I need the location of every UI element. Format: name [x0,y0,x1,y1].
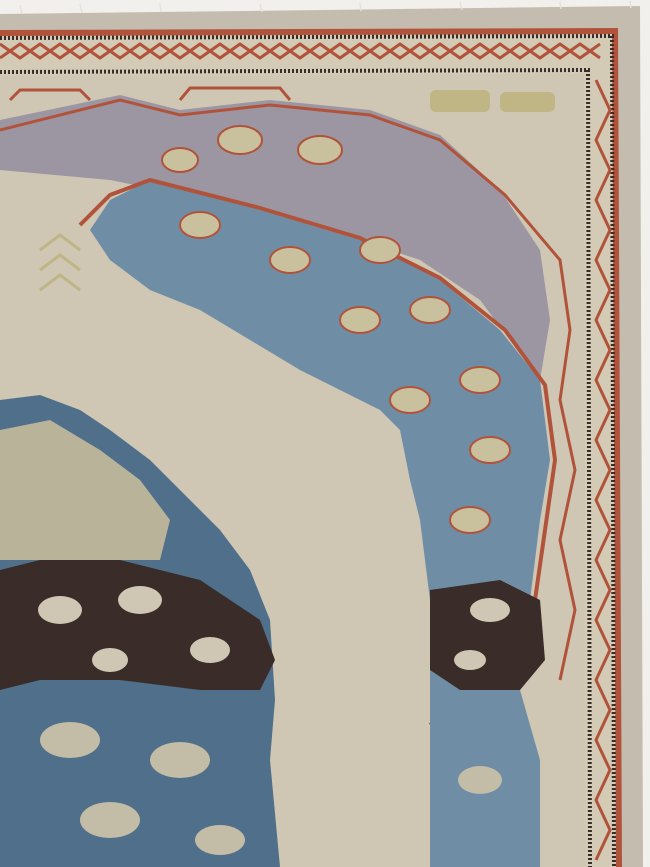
rug-photograph [0,0,650,867]
right-dark-motif [430,580,545,690]
rug-artwork [0,0,650,867]
